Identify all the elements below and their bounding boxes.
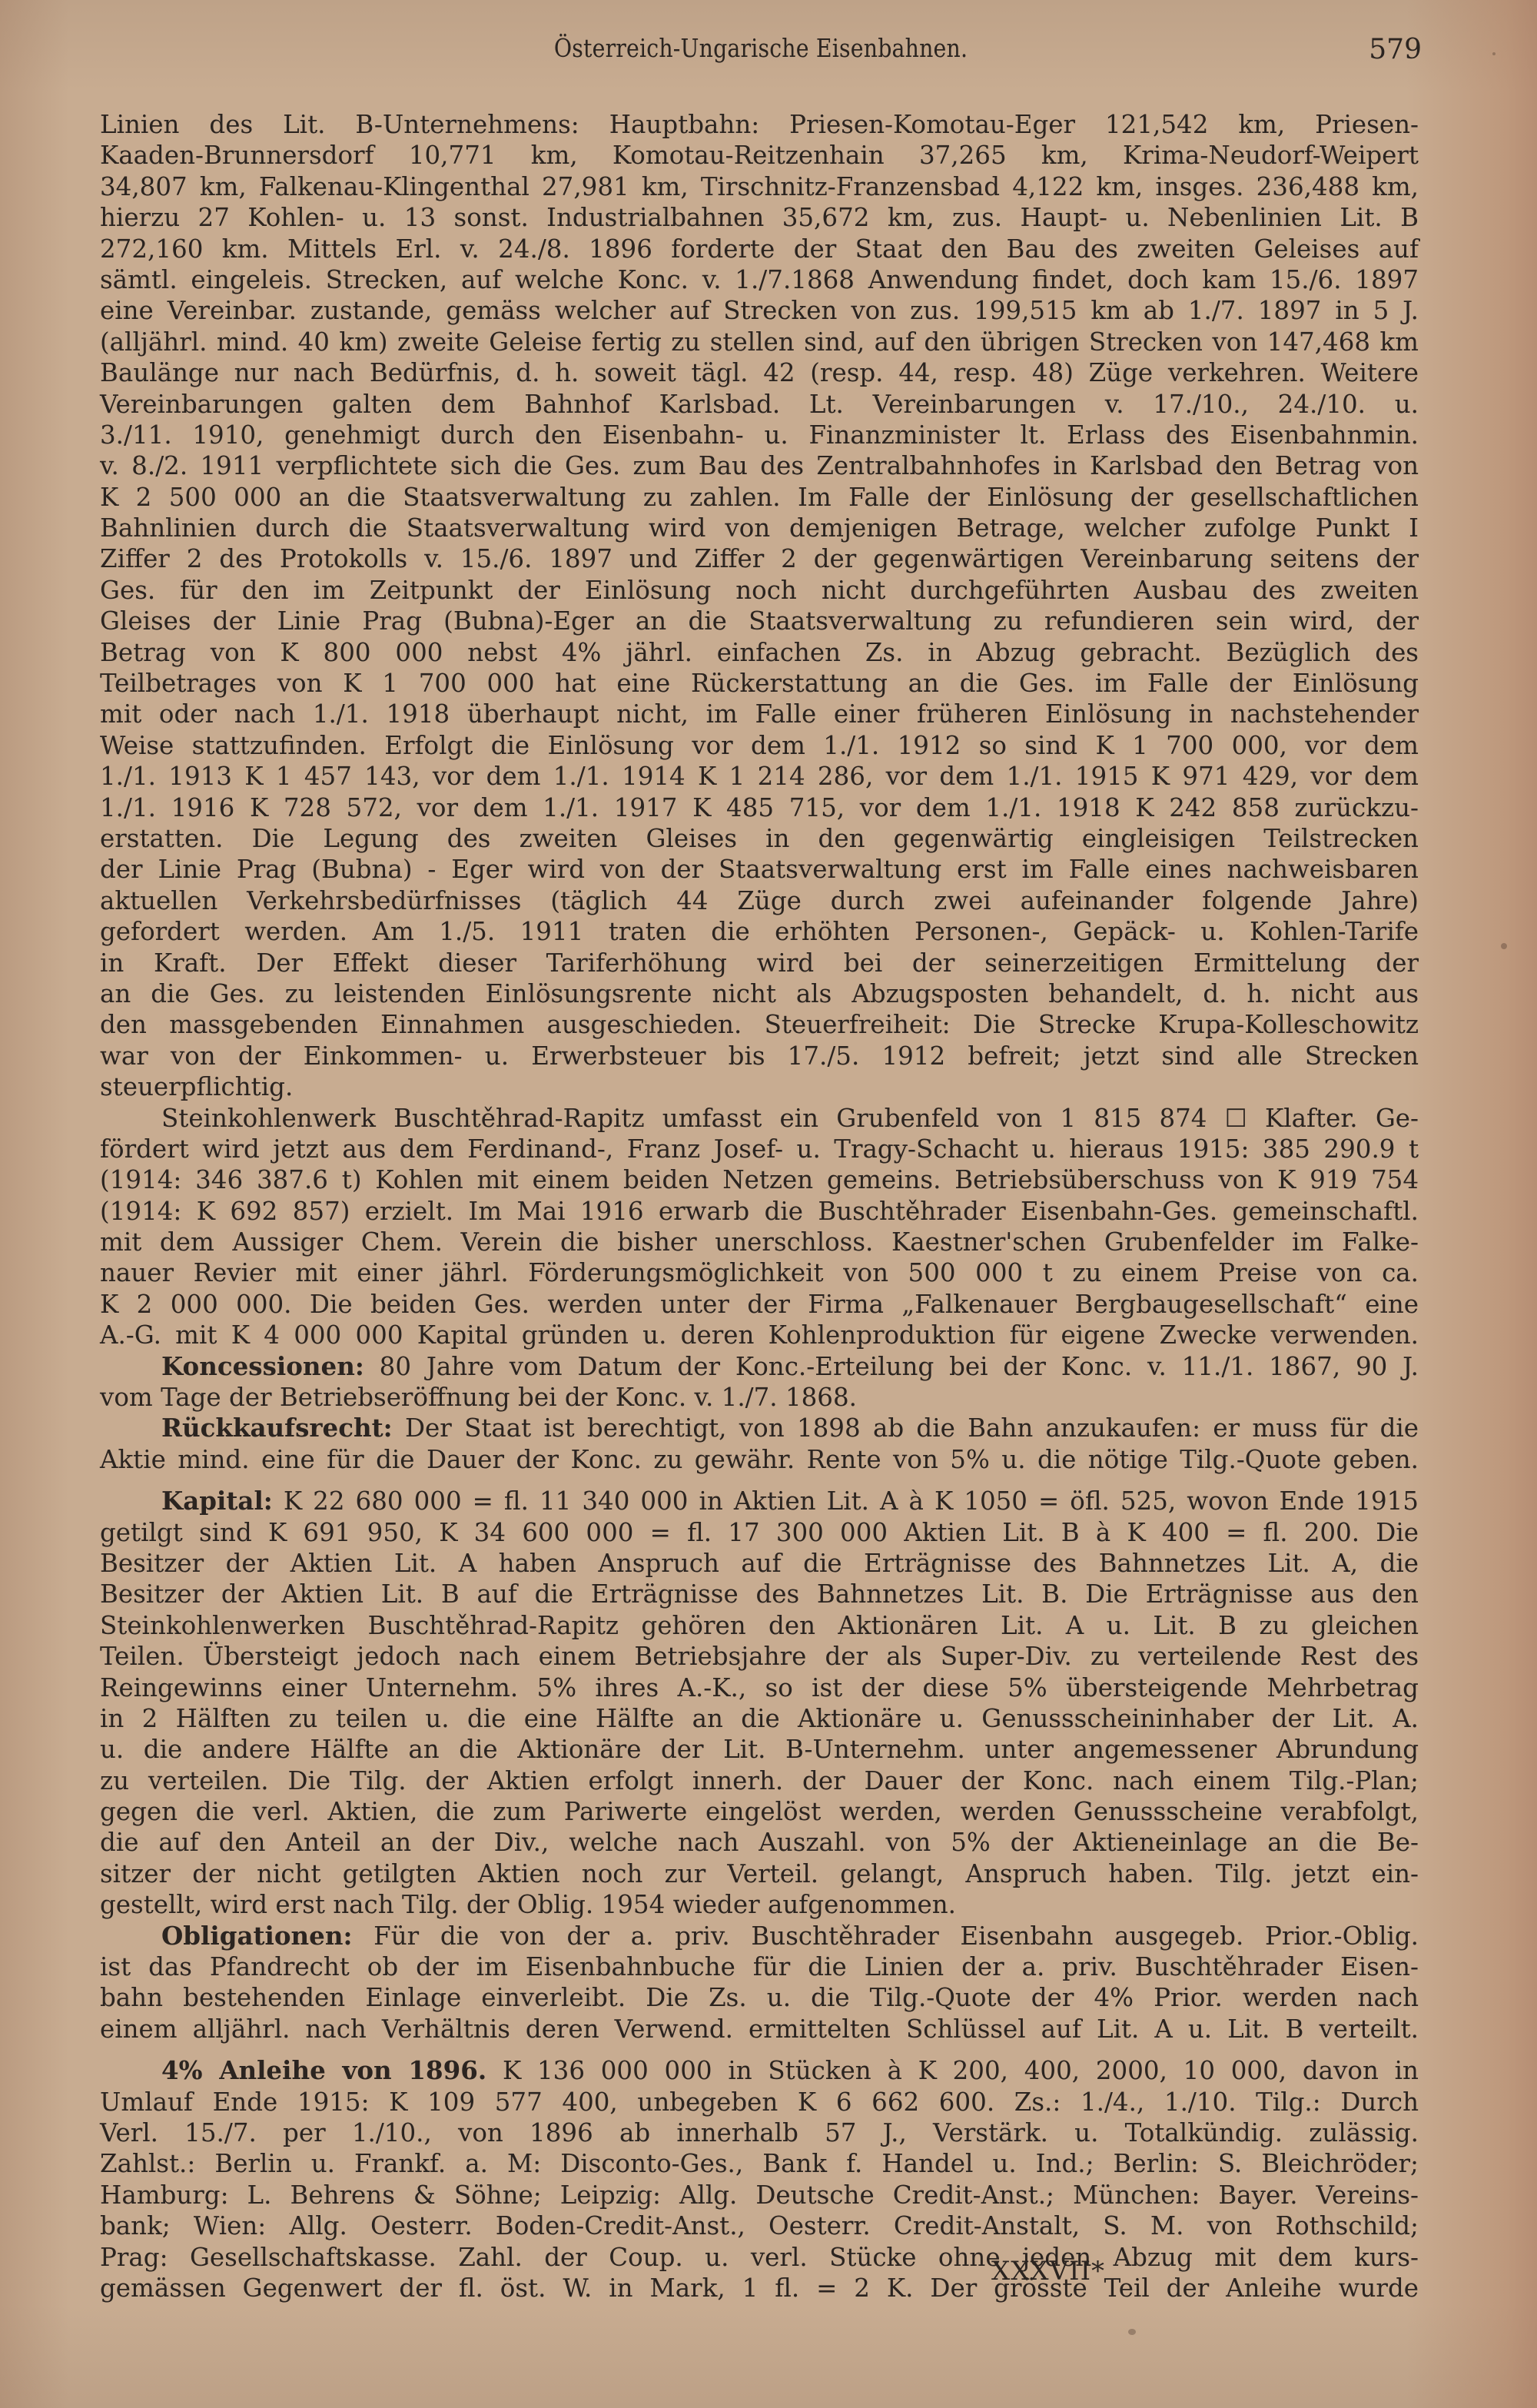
text-line: Reingewinns einer Unternehm. 5% ihres A.… [100, 1672, 1419, 1703]
line-text: an die Ges. zu leistenden Einlösungsrent… [100, 979, 1419, 1008]
text-line: Besitzer der Aktien Lit. A haben Anspruc… [100, 1548, 1419, 1579]
line-text: bank; Wien: Allg. Oesterr. Boden-Credit-… [100, 2211, 1419, 2240]
text-line: 1./1. 1913 K 1 457 143, vor dem 1./1. 19… [100, 761, 1419, 792]
text-line: zu verteilen. Die Tilg. der Aktien erfol… [100, 1765, 1419, 1796]
line-text: Verl. 15./7. per 1./10., von 1896 ab inn… [100, 2118, 1419, 2147]
line-text: mit oder nach 1./1. 1918 überhaupt nicht… [100, 699, 1419, 729]
text-line: erstatten. Die Legung des zweiten Gleise… [100, 823, 1419, 854]
text-line: den massgebenden Einnahmen ausgeschieden… [100, 1009, 1419, 1040]
line-text: ist das Pfandrecht ob der im Eisenbahnbu… [100, 1952, 1419, 1981]
text-line: gemässen Gegenwert der fl. öst. W. in Ma… [100, 2273, 1419, 2303]
text-line: A.-G. mit K 4 000 000 Kapital gründen u.… [100, 1320, 1419, 1350]
line-text: 34,807 km, Falkenau-Klingenthal 27,981 k… [100, 172, 1419, 201]
line-text: 3./11. 1910, genehmigt durch den Eisenba… [100, 420, 1419, 450]
line-text: Ziffer 2 des Protokolls v. 15./6. 1897 u… [100, 544, 1419, 573]
text-line: aktuellen Verkehrsbedürfnisses (täglich … [100, 885, 1419, 916]
text-line: (alljährl. mind. 40 km) zweite Geleise f… [100, 327, 1419, 357]
text-line: 4% Anleihe von 1896. K 136 000 000 in St… [100, 2055, 1419, 2086]
line-text: (alljährl. mind. 40 km) zweite Geleise f… [100, 327, 1419, 357]
text-line: (1914: 346 387.6 t) Kohlen mit einem bei… [100, 1164, 1419, 1195]
text-line: Umlauf Ende 1915: K 109 577 400, unbegeb… [100, 2087, 1419, 2117]
line-text: Kaaden-Brunnersdorf 10,771 km, Komotau-R… [100, 141, 1419, 170]
text-line: Obligationen: Für die von der a. priv. B… [100, 1921, 1419, 1951]
text-line: Hamburg: L. Behrens & Söhne; Leipzig: Al… [100, 2180, 1419, 2210]
text-line: Baulänge nur nach Bedürfnis, d. h. sowei… [100, 357, 1419, 388]
text-line: in Kraft. Der Effekt dieser Tariferhöhun… [100, 948, 1419, 978]
text-line: Vereinbarungen galten dem Bahnhof Karlsb… [100, 389, 1419, 420]
text-line: 34,807 km, Falkenau-Klingenthal 27,981 k… [100, 171, 1419, 202]
text-line: Teilen. Übersteigt jedoch nach einem Bet… [100, 1641, 1419, 1672]
text-line: 272,160 km. Mittels Erl. v. 24./8. 1896 … [100, 234, 1419, 264]
text-line: Kapital: K 22 680 000 = fl. 11 340 000 i… [100, 1486, 1419, 1516]
ink-speck [1128, 2329, 1136, 2335]
line-text: in 2 Hälften zu teilen u. die eine Hälft… [100, 1704, 1419, 1733]
text-line: war von der Einkommen- u. Erwerbsteuer b… [100, 1041, 1419, 1071]
line-text: steuerpflichtig. [100, 1072, 293, 1101]
line-text: einem alljährl. nach Verhältnis deren Ve… [100, 2014, 1419, 2044]
line-text: Weise stattzufinden. Erfolgt die Einlösu… [100, 731, 1419, 760]
line-text: Aktie mind. eine für die Dauer der Konc.… [100, 1445, 1419, 1474]
body-text: Linien des Lit. B-Unternehmens: Hauptbah… [100, 109, 1419, 2303]
text-line: vom Tage der Betriebseröffnung bei der K… [100, 1382, 1419, 1413]
text-line: Zahlst.: Berlin u. Frankf. a. M: Discont… [100, 2148, 1419, 2179]
line-text: Für die von der a. priv. Buschtěhrader E… [352, 1921, 1419, 1951]
text-line: Besitzer der Aktien Lit. B auf die Erträ… [100, 1579, 1419, 1609]
line-text: Der Staat ist berechtigt, von 1898 ab di… [393, 1413, 1419, 1443]
text-line: hierzu 27 Kohlen- u. 13 sonst. Industria… [100, 202, 1419, 233]
text-line: mit oder nach 1./1. 1918 überhaupt nicht… [100, 699, 1419, 729]
text-line: Bahnlinien durch die Staatsverwaltung wi… [100, 513, 1419, 543]
text-line: Teilbetrages von K 1 700 000 hat eine Rü… [100, 668, 1419, 699]
paragraph-gap [100, 1475, 1419, 1486]
section-heading: Kapital: [161, 1486, 273, 1516]
line-text: 1./1. 1916 K 728 572, vor dem 1./1. 1917… [100, 793, 1419, 822]
text-line: gestellt, wird erst nach Tilg. der Oblig… [100, 1889, 1419, 1920]
line-text: Besitzer der Aktien Lit. B auf die Erträ… [100, 1579, 1419, 1609]
line-text: Linien des Lit. B-Unternehmens: Hauptbah… [100, 110, 1419, 139]
section-heading: Obligationen: [161, 1921, 352, 1951]
line-text: Gleises der Linie Prag (Bubna)-Eger an d… [100, 606, 1419, 636]
text-line: 1./1. 1916 K 728 572, vor dem 1./1. 1917… [100, 792, 1419, 823]
ink-speck [1501, 943, 1507, 949]
line-text: nauer Revier mit einer jährl. Förderungs… [100, 1258, 1419, 1287]
line-text: zu verteilen. Die Tilg. der Aktien erfol… [100, 1766, 1419, 1795]
line-text: K 136 000 000 in Stücken à K 200, 400, 2… [486, 2056, 1419, 2085]
text-line: Steinkohlenwerk Buschtěhrad-Rapitz umfas… [100, 1103, 1419, 1134]
line-text: Hamburg: L. Behrens & Söhne; Leipzig: Al… [100, 2180, 1419, 2210]
line-text: Steinkohlenwerk Buschtěhrad-Rapitz umfas… [161, 1104, 1419, 1133]
running-head: Österreich-Ungarische Eisenbahnen. 579 [100, 29, 1422, 68]
line-text: getilgt sind K 691 950, K 34 600 000 = f… [100, 1518, 1419, 1547]
line-text: erstatten. Die Legung des zweiten Gleise… [100, 824, 1419, 853]
text-line: K 2 500 000 an die Staatsverwaltung zu z… [100, 482, 1419, 513]
text-line: die auf den Anteil an der Div., welche n… [100, 1827, 1419, 1858]
signature-mark: XXXVII* [991, 2252, 1105, 2290]
line-text: den massgebenden Einnahmen ausgeschieden… [100, 1010, 1419, 1039]
line-text: fördert wird jetzt aus dem Ferdinand-, F… [100, 1134, 1419, 1164]
text-line: u. die andere Hälfte an die Aktionäre de… [100, 1734, 1419, 1765]
section-heading: 4% Anleihe von 1896. [161, 2055, 486, 2085]
line-text: u. die andere Hälfte an die Aktionäre de… [100, 1735, 1419, 1764]
text-line: (1914: K 692 857) erzielt. Im Mai 1916 e… [100, 1196, 1419, 1227]
line-text: K 2 000 000. Die beiden Ges. werden unte… [100, 1290, 1419, 1319]
line-text: gestellt, wird erst nach Tilg. der Oblig… [100, 1890, 956, 1919]
paragraph-gap [100, 2044, 1419, 2055]
text-line: gefordert werden. Am 1./5. 1911 traten d… [100, 916, 1419, 947]
line-text: Vereinbarungen galten dem Bahnhof Karlsb… [100, 390, 1419, 419]
line-text: K 2 500 000 an die Staatsverwaltung zu z… [100, 483, 1419, 512]
line-text: Bahnlinien durch die Staatsverwaltung wi… [100, 513, 1419, 543]
line-text: hierzu 27 Kohlen- u. 13 sonst. Industria… [100, 203, 1419, 232]
line-text: Zahlst.: Berlin u. Frankf. a. M: Discont… [100, 2149, 1419, 2178]
text-line: bahn bestehenden Einlage einverleibt. Di… [100, 1982, 1419, 2013]
line-text: Besitzer der Aktien Lit. A haben Anspruc… [100, 1549, 1419, 1578]
text-line: Prag: Gesellschaftskasse. Zahl. der Coup… [100, 2242, 1419, 2273]
text-line: gegen die verl. Aktien, die zum Pariwert… [100, 1796, 1419, 1827]
text-line: bank; Wien: Allg. Oesterr. Boden-Credit-… [100, 2210, 1419, 2241]
line-text: bahn bestehenden Einlage einverleibt. Di… [100, 1983, 1419, 2012]
line-text: Prag: Gesellschaftskasse. Zahl. der Coup… [100, 2243, 1419, 2272]
text-line: Koncessionen: 80 Jahre vom Datum der Kon… [100, 1351, 1419, 1382]
line-text: Betrag von K 800 000 nebst 4% jährl. ein… [100, 638, 1419, 667]
text-line: sämtl. eingeleis. Strecken, auf welche K… [100, 264, 1419, 295]
line-text: 80 Jahre vom Datum der Konc.-Erteilung b… [364, 1352, 1419, 1381]
line-text: war von der Einkommen- u. Erwerbsteuer b… [100, 1041, 1419, 1071]
text-line: eine Vereinbar. zustande, gemäss welcher… [100, 295, 1419, 326]
text-line: fördert wird jetzt aus dem Ferdinand-, F… [100, 1134, 1419, 1164]
line-text: K 22 680 000 = fl. 11 340 000 in Aktien … [273, 1486, 1419, 1516]
page-number: 579 [1369, 29, 1422, 71]
line-text: Reingewinns einer Unternehm. 5% ihres A.… [100, 1673, 1419, 1702]
text-line: mit dem Aussiger Chem. Verein die bisher… [100, 1227, 1419, 1257]
line-text: 1./1. 1913 K 1 457 143, vor dem 1./1. 19… [100, 762, 1419, 791]
text-line: 3./11. 1910, genehmigt durch den Eisenba… [100, 420, 1419, 450]
line-text: gemässen Gegenwert der fl. öst. W. in Ma… [100, 2273, 1419, 2303]
text-line: K 2 000 000. Die beiden Ges. werden unte… [100, 1289, 1419, 1320]
text-line: Gleises der Linie Prag (Bubna)-Eger an d… [100, 606, 1419, 636]
line-text: vom Tage der Betriebseröffnung bei der K… [100, 1383, 857, 1412]
text-line: Betrag von K 800 000 nebst 4% jährl. ein… [100, 637, 1419, 668]
line-text: Umlauf Ende 1915: K 109 577 400, unbegeb… [100, 2087, 1419, 2117]
text-line: Steinkohlenwerken Buschtěhrad-Rapitz geh… [100, 1610, 1419, 1641]
text-line: nauer Revier mit einer jährl. Förderungs… [100, 1257, 1419, 1288]
line-text: der Linie Prag (Bubna) - Eger wird von d… [100, 855, 1419, 884]
line-text: gefordert werden. Am 1./5. 1911 traten d… [100, 917, 1419, 946]
text-line: steuerpflichtig. [100, 1071, 1419, 1102]
line-text: sitzer der nicht getilgten Aktien noch z… [100, 1859, 1419, 1888]
text-line: in 2 Hälften zu teilen u. die eine Hälft… [100, 1703, 1419, 1734]
line-text: Baulänge nur nach Bedürfnis, d. h. sowei… [100, 358, 1419, 387]
line-text: sämtl. eingeleis. Strecken, auf welche K… [100, 265, 1419, 294]
text-line: einem alljährl. nach Verhältnis deren Ve… [100, 2014, 1419, 2044]
line-text: eine Vereinbar. zustande, gemäss welcher… [100, 296, 1419, 325]
text-line: Verl. 15./7. per 1./10., von 1896 ab inn… [100, 2117, 1419, 2148]
text-line: Linien des Lit. B-Unternehmens: Hauptbah… [100, 109, 1419, 140]
line-text: Teilbetrages von K 1 700 000 hat eine Rü… [100, 669, 1419, 698]
text-line: Weise stattzufinden. Erfolgt die Einlösu… [100, 730, 1419, 761]
line-text: gegen die verl. Aktien, die zum Pariwert… [100, 1797, 1419, 1826]
text-line: Ges. für den im Zeitpunkt der Einlösung … [100, 575, 1419, 606]
text-line: sitzer der nicht getilgten Aktien noch z… [100, 1858, 1419, 1889]
text-line: an die Ges. zu leistenden Einlösungsrent… [100, 978, 1419, 1009]
text-line: ist das Pfandrecht ob der im Eisenbahnbu… [100, 1951, 1419, 1982]
text-line: getilgt sind K 691 950, K 34 600 000 = f… [100, 1517, 1419, 1548]
line-text: v. 8./2. 1911 verpflichtete sich die Ges… [100, 451, 1419, 480]
running-title: Österreich-Ungarische Eisenbahnen. [192, 29, 1329, 68]
line-text: aktuellen Verkehrsbedürfnisses (täglich … [100, 886, 1419, 915]
scanned-book-page: Österreich-Ungarische Eisenbahnen. 579 L… [0, 0, 1537, 2408]
text-line: Kaaden-Brunnersdorf 10,771 km, Komotau-R… [100, 140, 1419, 171]
text-line: Ziffer 2 des Protokolls v. 15./6. 1897 u… [100, 543, 1419, 574]
line-text: (1914: 346 387.6 t) Kohlen mit einem bei… [100, 1165, 1419, 1194]
text-line: v. 8./2. 1911 verpflichtete sich die Ges… [100, 450, 1419, 481]
text-line: Aktie mind. eine für die Dauer der Konc.… [100, 1444, 1419, 1475]
line-text: 272,160 km. Mittels Erl. v. 24./8. 1896 … [100, 234, 1419, 264]
line-text: in Kraft. Der Effekt dieser Tariferhöhun… [100, 948, 1419, 978]
line-text: A.-G. mit K 4 000 000 Kapital gründen u.… [100, 1320, 1419, 1350]
line-text: mit dem Aussiger Chem. Verein die bisher… [100, 1227, 1419, 1257]
text-line: der Linie Prag (Bubna) - Eger wird von d… [100, 854, 1419, 885]
line-text: Teilen. Übersteigt jedoch nach einem Bet… [100, 1642, 1419, 1671]
line-text: die auf den Anteil an der Div., welche n… [100, 1828, 1419, 1857]
ink-speck [1492, 52, 1496, 55]
text-line: Rückkaufsrecht: Der Staat ist berechtigt… [100, 1413, 1419, 1443]
line-text: (1914: K 692 857) erzielt. Im Mai 1916 e… [100, 1197, 1419, 1226]
line-text: Steinkohlenwerken Buschtěhrad-Rapitz geh… [100, 1611, 1419, 1640]
section-heading: Koncessionen: [161, 1351, 364, 1381]
line-text: Ges. für den im Zeitpunkt der Einlösung … [100, 576, 1419, 605]
section-heading: Rückkaufsrecht: [161, 1413, 393, 1443]
